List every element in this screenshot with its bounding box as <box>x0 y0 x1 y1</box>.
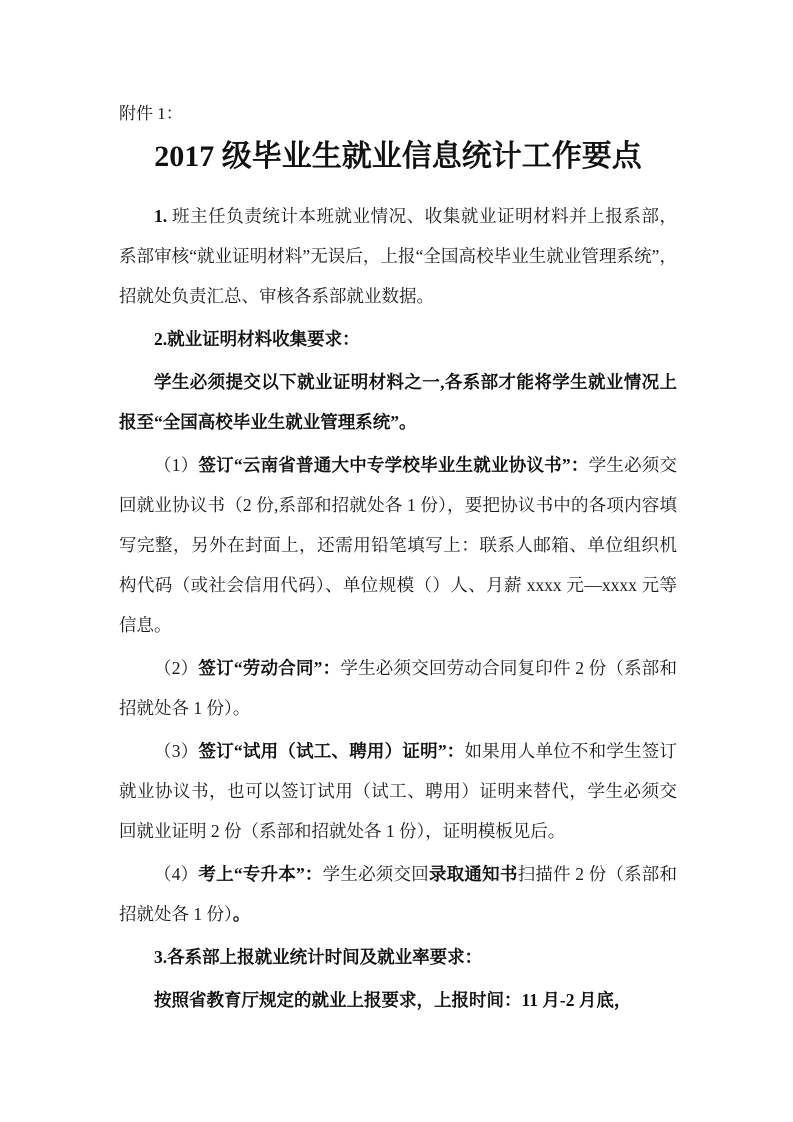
text-run: 学生必须交回就业协议书（2 份,系部和招就处各 1 份），要把协议书中的各项内容… <box>119 455 677 635</box>
paragraph: 1. 班主任负责统计本班就业情况、收集就业证明材料并上报系部，系部审核“就业证明… <box>119 196 677 316</box>
bold-text-run: 录取通知书 <box>429 864 518 884</box>
bold-text-run: 按照省教育厅规定的就业上报要求，上报时间：11 月-2 月底， <box>154 990 631 1010</box>
paragraph: （2）签订“劳动合同”：学生必须交回劳动合同复印件 2 份（系部和招就处各 1 … <box>119 648 677 728</box>
text-run: （2） <box>154 658 198 678</box>
paragraph: （3）签订“试用（试工、聘用）证明”：如果用人单位不和学生签订就业协议书，也可以… <box>119 731 677 851</box>
bold-text-run: 2.就业证明材料收集要求： <box>154 329 360 349</box>
paragraph: 2.就业证明材料收集要求： <box>119 319 677 359</box>
bold-text-run: 。 <box>233 904 251 924</box>
paragraph: 3.各系部上报就业统计时间及就业率要求： <box>119 937 677 977</box>
paragraph: （1）签订“云南省普通大中专学校毕业生就业协议书”：学生必须交回就业协议书（2 … <box>119 445 677 645</box>
document-body: 1. 班主任负责统计本班就业情况、收集就业证明材料并上报系部，系部审核“就业证明… <box>119 196 677 1020</box>
bold-text-run: 签订“劳动合同”： <box>198 658 340 678</box>
paragraph: （4）考上“专升本”：学生必须交回录取通知书扫描件 2 份（系部和招就处各 1 … <box>119 854 677 934</box>
bold-text-run: 签订“试用（试工、聘用）证明”： <box>198 741 464 761</box>
paragraph: 学生必须提交以下就业证明材料之一,各系部才能将学生就业情况上报至“全国高校毕业生… <box>119 362 677 442</box>
bold-text-run: 学生必须提交以下就业证明材料之一,各系部才能将学生就业情况上报至“全国高校毕业生… <box>119 372 677 432</box>
paragraph: 按照省教育厅规定的就业上报要求，上报时间：11 月-2 月底， <box>119 980 677 1020</box>
text-run: （1） <box>154 455 198 475</box>
attachment-label: 附件 1： <box>119 100 677 128</box>
text-run: 班主任负责统计本班就业情况、收集就业证明材料并上报系部，系部审核“就业证明材料”… <box>119 206 677 306</box>
text-run: 学生必须交回 <box>323 864 429 884</box>
document-page: 附件 1： 2017 级毕业生就业信息统计工作要点 1. 班主任负责统计本班就业… <box>0 0 793 1122</box>
bold-text-run: 考上“专升本”： <box>198 864 322 884</box>
bold-text-run: 签订“云南省普通大中专学校毕业生就业协议书”： <box>198 455 588 475</box>
document-title: 2017 级毕业生就业信息统计工作要点 <box>119 134 677 180</box>
bold-text-run: 3.各系部上报就业统计时间及就业率要求： <box>154 947 482 967</box>
text-run: （3） <box>154 741 198 761</box>
text-run: （4） <box>154 864 198 884</box>
bold-text-run: 1. <box>154 206 167 226</box>
